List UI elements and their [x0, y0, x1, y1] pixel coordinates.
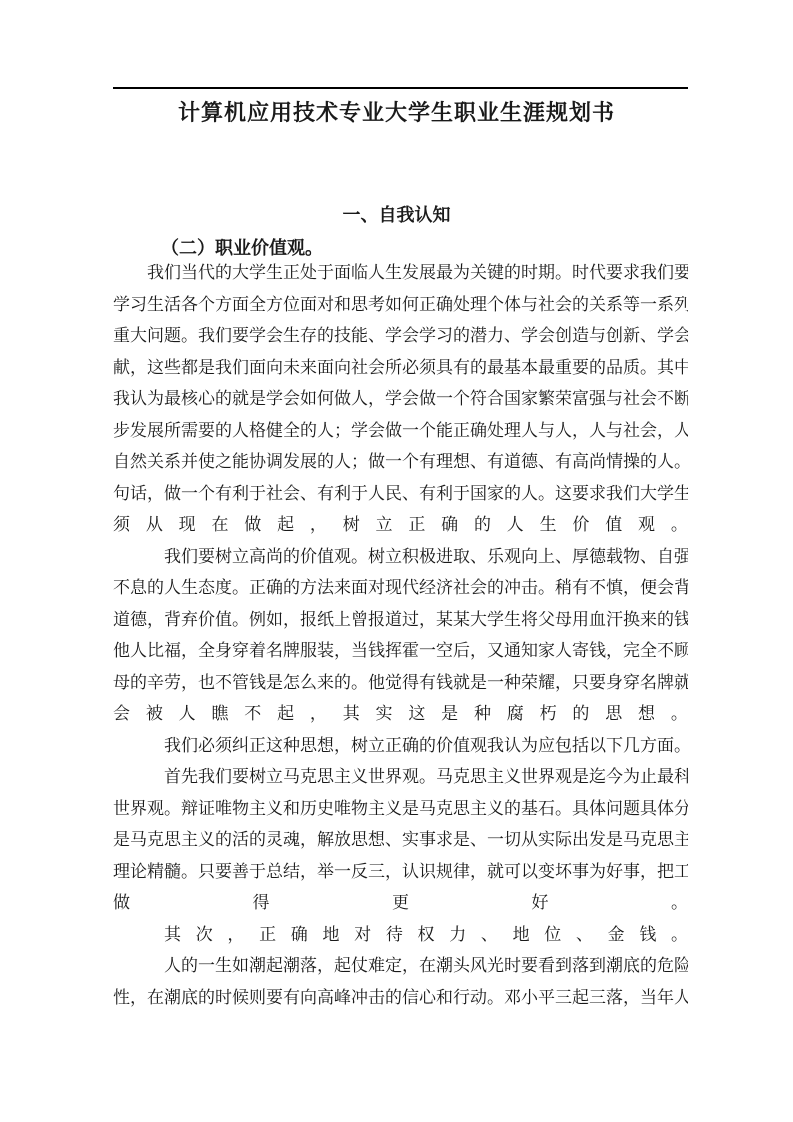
- spread-char: 人: [179, 698, 196, 730]
- spread-char: 做: [113, 887, 130, 919]
- spread-char: 从: [146, 509, 163, 541]
- spread-char: 实: [376, 698, 393, 730]
- spread-char: 现: [179, 509, 196, 541]
- spread-char: 正: [259, 919, 276, 951]
- spread-char: 地: [322, 919, 339, 951]
- header-rule: [113, 87, 688, 89]
- spread-char: 确: [291, 919, 308, 951]
- text-line: 性，在潮底的时候则要有向高峰冲击的信心和行动。邓小平三起三落，当年人们: [113, 982, 688, 1014]
- paragraph: 我们必须纠正这种思想，树立正确的价值观我认为应包括以下几方面。: [113, 730, 688, 762]
- spread-char: 的: [474, 509, 491, 541]
- spread-char: 种: [474, 698, 491, 730]
- text-line: 学习生活各个方面全方位面对和思考如何正确处理个体与社会的关系等一系列: [113, 289, 688, 321]
- text-line: 道德，背弃价值。例如，报纸上曾报道过，某某大学生将父母用血汗换来的钱与: [113, 604, 688, 636]
- spread-char: 被: [146, 698, 163, 730]
- section-heading: 一、自我认知: [0, 203, 793, 227]
- spread-char: 其: [343, 698, 360, 730]
- text-line: 首先我们要树立马克思主义世界观。马克思主义世界观是迄今为止最科学的: [113, 761, 688, 793]
- text-line: 他人比福，全身穿着名牌服装，当钱挥霍一空后，又通知家人寄钱，完全不顾父: [113, 635, 688, 667]
- document-title: 计算机应用技术专业大学生职业生涯规划书: [0, 99, 793, 127]
- text-line: 是马克思主义的活的灵魂，解放思想、实事求是、一切从实际出发是马克思主义: [113, 824, 688, 856]
- spread-char: 树: [343, 509, 360, 541]
- spread-char: 、: [481, 919, 498, 951]
- spread-char: 须: [113, 509, 130, 541]
- paragraph: 我们当代的大学生正处于面临人生发展最为关键的时期。时代要求我们要在学习生活各个方…: [113, 257, 688, 541]
- paragraph: 首先我们要树立马克思主义世界观。马克思主义世界观是迄今为止最科学的世界观。辩证唯…: [113, 761, 688, 919]
- text-line: 重大问题。我们要学会生存的技能、学会学习的潜力、学会创造与创新、学会奉: [113, 320, 688, 352]
- spread-char: 这: [408, 698, 425, 730]
- text-line: 我认为最核心的就是学会如何做人，学会做一个符合国家繁荣富强与社会不断进: [113, 383, 688, 415]
- spread-char: 。: [671, 887, 688, 919]
- text-line: 母的辛劳，也不管钱是怎么来的。他觉得有钱就是一种荣耀，只要身穿名牌就不: [113, 667, 688, 699]
- spread-char: 会: [113, 698, 130, 730]
- spread-char: 做: [244, 509, 261, 541]
- text-line: 理论精髓。只要善于总结，举一反三，认识规律，就可以变坏事为好事，把工作: [113, 856, 688, 888]
- spread-char: 生: [540, 509, 557, 541]
- spread-char: 腐: [507, 698, 524, 730]
- spread-char: 更: [392, 887, 409, 919]
- spread-char: 是: [441, 698, 458, 730]
- spread-char: 。: [671, 509, 688, 541]
- spread-char: 价: [572, 509, 589, 541]
- spread-char: 待: [386, 919, 403, 951]
- text-line: 会被人瞧不起，其实这是种腐朽的思想。: [113, 698, 688, 730]
- spread-char: 好: [532, 887, 549, 919]
- body-text: 我们当代的大学生正处于面临人生发展最为关键的时期。时代要求我们要在学习生活各个方…: [113, 257, 688, 1013]
- text-line: 做得更好。: [113, 887, 688, 919]
- text-line: 自然关系并使之能协调发展的人；做一个有理想、有道德、有高尚情操的人。一: [113, 446, 688, 478]
- text-line: 我们要树立高尚的价值观。树立积极进取、乐观向上、厚德载物、自强: [113, 541, 688, 573]
- document-page: 计算机应用技术专业大学生职业生涯规划书 一、自我认知 （二）职业价值观。 我们当…: [0, 0, 793, 1122]
- text-line: 不息的人生态度。正确的方法来面对现代经济社会的冲击。稍有不慎，便会背离: [113, 572, 688, 604]
- spread-char: ，: [310, 698, 327, 730]
- spread-char: 地: [513, 919, 530, 951]
- spread-char: 确: [441, 509, 458, 541]
- spread-char: 值: [605, 509, 622, 541]
- text-line: 须从现在做起，树立正确的人生价值观。: [113, 509, 688, 541]
- spread-char: 力: [449, 919, 466, 951]
- spread-char: 起: [277, 698, 294, 730]
- text-line: 世界观。辩证唯物主义和历史唯物主义是马克思主义的基石。具体问题具体分析: [113, 793, 688, 825]
- spread-char: 得: [253, 887, 270, 919]
- spread-char: 想: [638, 698, 655, 730]
- spread-char: 朽: [540, 698, 557, 730]
- text-line: 我们当代的大学生正处于面临人生发展最为关键的时期。时代要求我们要在: [113, 257, 688, 289]
- paragraph: 其次，正确地对待权力、地位、金钱。: [113, 919, 688, 951]
- text-line: 献，这些都是我们面向未来面向社会所必须具有的最基本最重要的品质。其中，: [113, 352, 688, 384]
- spread-char: 起: [277, 509, 294, 541]
- spread-char: 其: [164, 919, 181, 951]
- spread-char: 位: [544, 919, 561, 951]
- spread-char: 观: [638, 509, 655, 541]
- spread-char: 钱: [639, 919, 656, 951]
- spread-char: 金: [608, 919, 625, 951]
- spread-char: 人: [507, 509, 524, 541]
- spread-char: 、: [576, 919, 593, 951]
- text-line: 其次，正确地对待权力、地位、金钱。: [113, 919, 688, 951]
- spread-char: 的: [572, 698, 589, 730]
- spread-char: 正: [408, 509, 425, 541]
- spread-char: 权: [418, 919, 435, 951]
- text-line: 步发展所需要的人格健全的人；学会做一个能正确处理人与人，人与社会，人与: [113, 415, 688, 447]
- spread-char: 在: [211, 509, 228, 541]
- spread-char: 不: [244, 698, 261, 730]
- text-line: 我们必须纠正这种思想，树立正确的价值观我认为应包括以下几方面。: [113, 730, 688, 762]
- spread-char: 次: [196, 919, 213, 951]
- text-line: 句话，做一个有利于社会、有利于人民、有利于国家的人。这要求我们大学生必: [113, 478, 688, 510]
- spread-char: 思: [605, 698, 622, 730]
- paragraph: 我们要树立高尚的价值观。树立积极进取、乐观向上、厚德载物、自强不息的人生态度。正…: [113, 541, 688, 730]
- spread-char: 。: [671, 698, 688, 730]
- spread-char: 。: [671, 919, 688, 951]
- spread-char: ，: [227, 919, 244, 951]
- spread-char: 瞧: [211, 698, 228, 730]
- spread-char: 对: [354, 919, 371, 951]
- spread-char: 立: [376, 509, 393, 541]
- text-line: 人的一生如潮起潮落，起仗难定，在潮头风光时要看到落到潮底的危险: [113, 950, 688, 982]
- spread-char: ，: [310, 509, 327, 541]
- paragraph: 人的一生如潮起潮落，起仗难定，在潮头风光时要看到落到潮底的危险性，在潮底的时候则…: [113, 950, 688, 1013]
